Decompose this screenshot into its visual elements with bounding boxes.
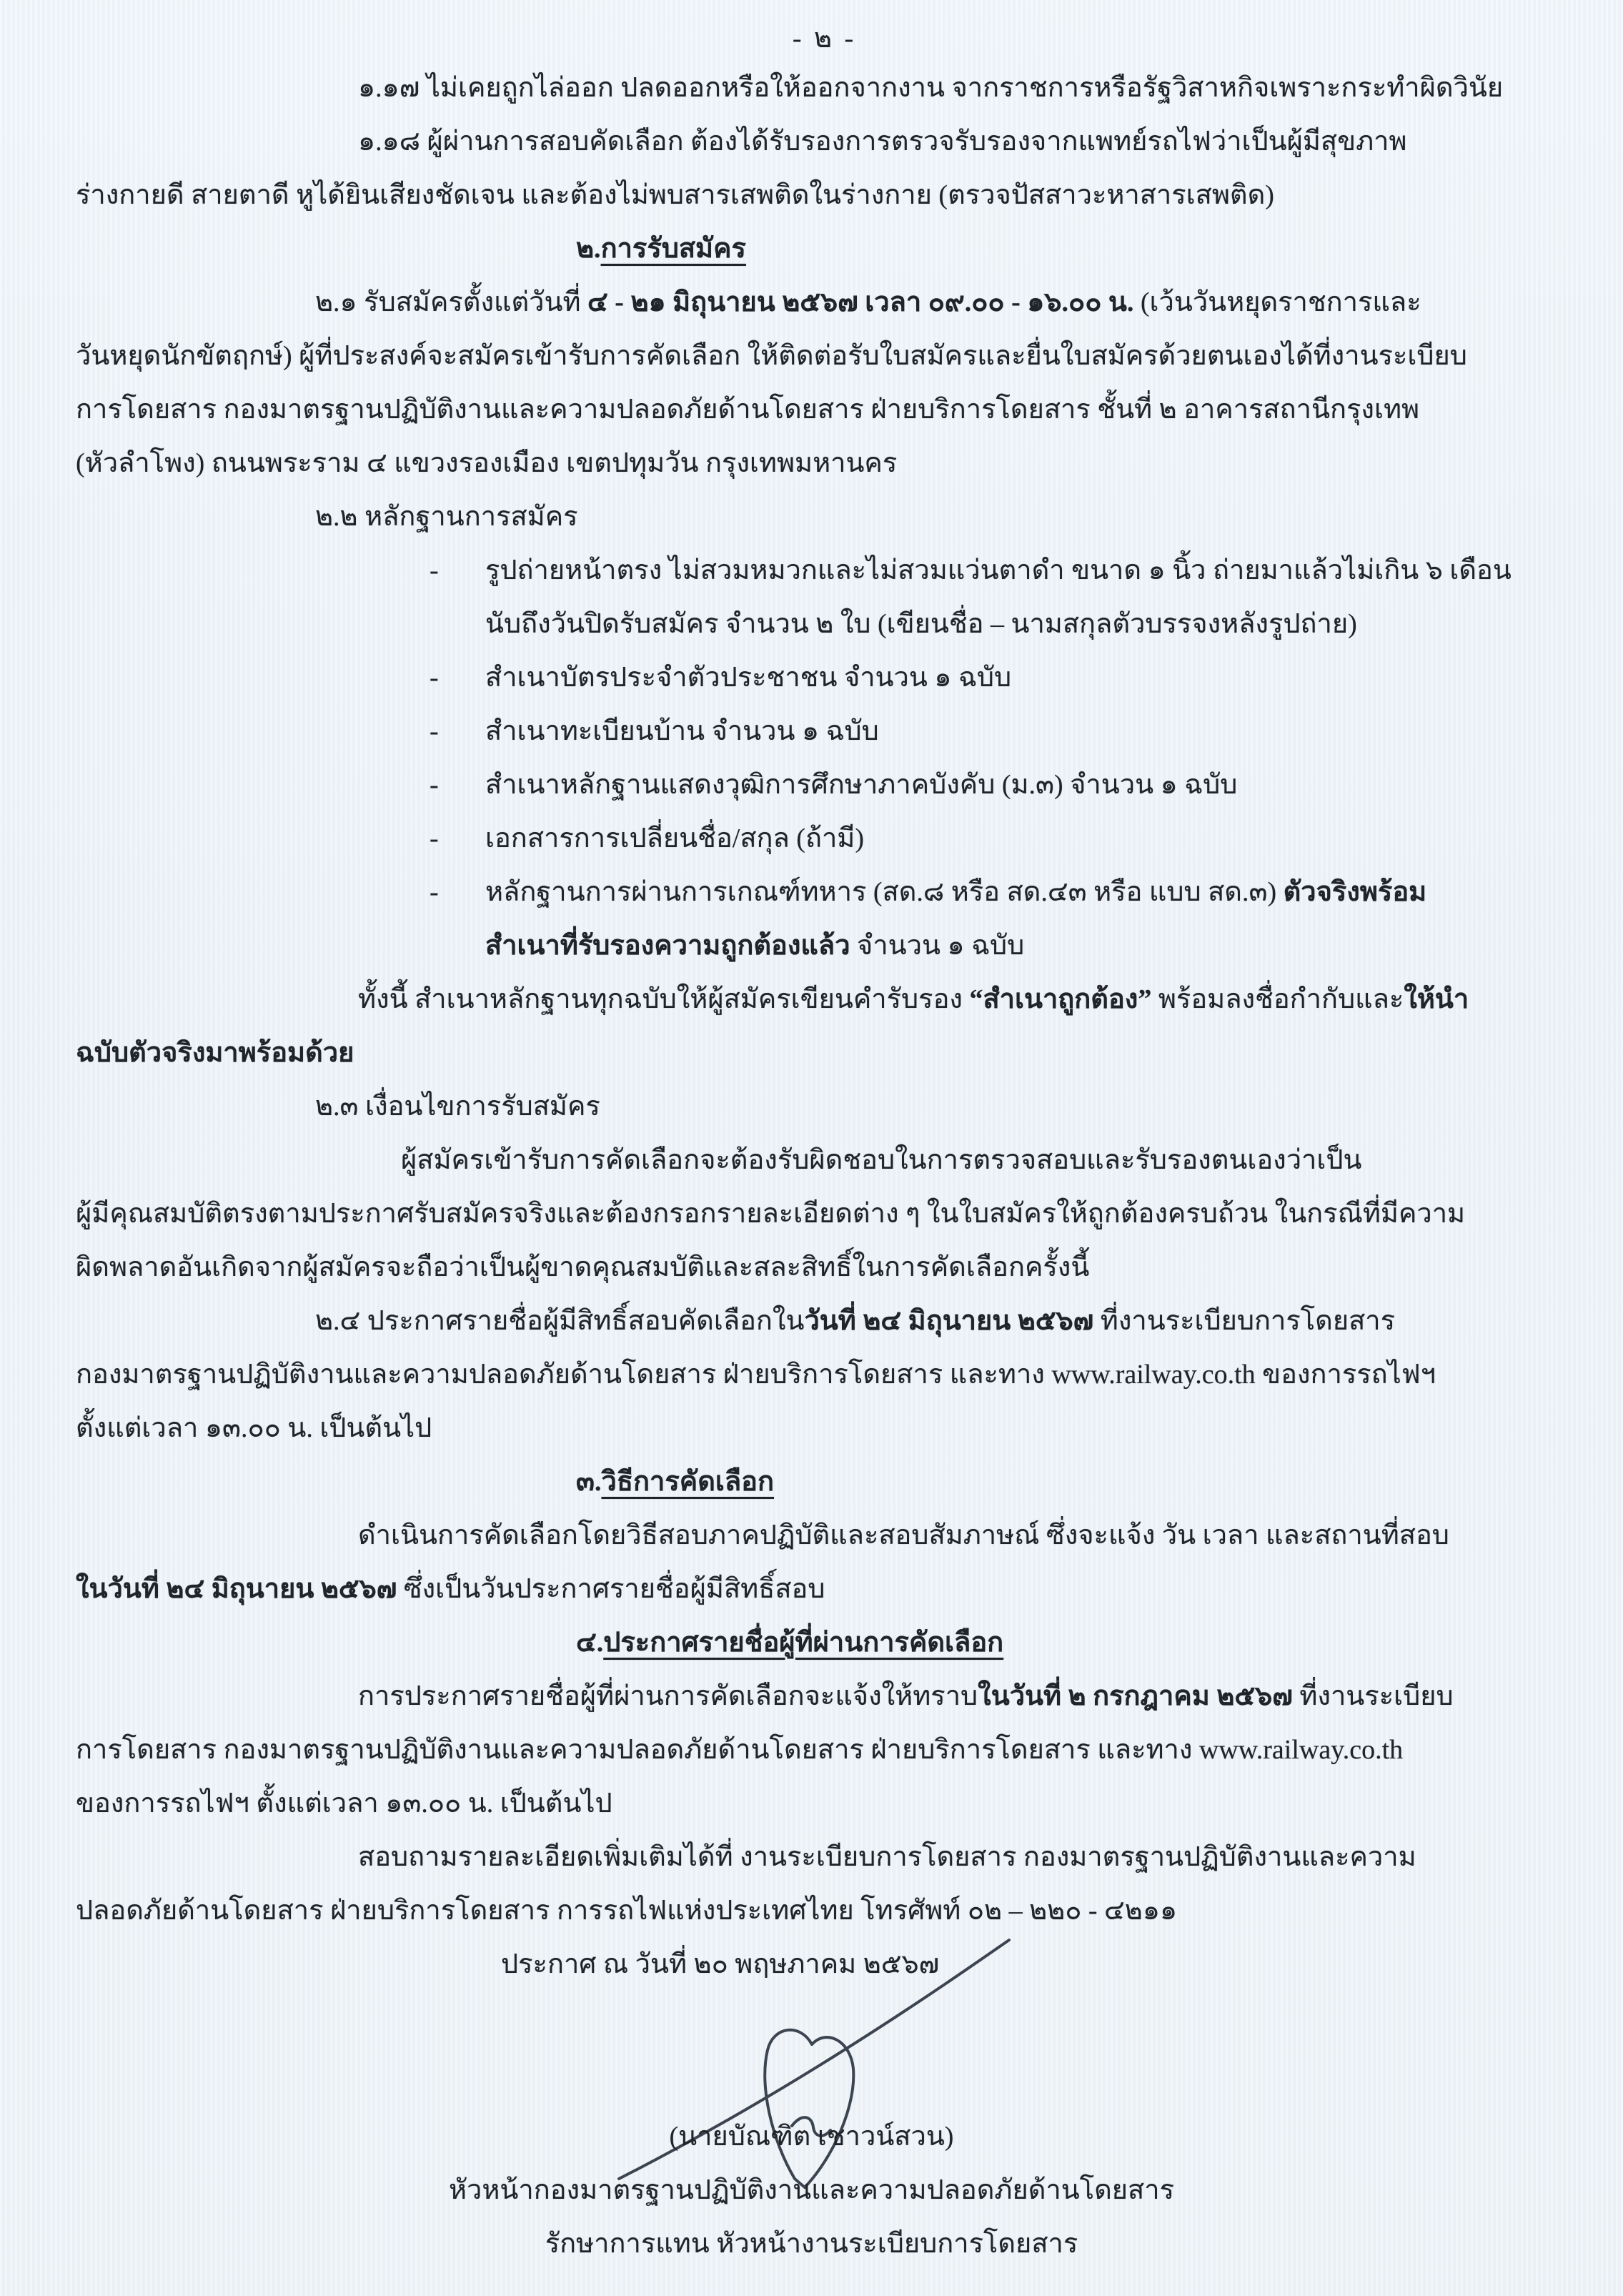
clause-2-3-line1: ผู้สมัครเข้ารับการคัดเลือกจะต้องรับผิดชอ…: [76, 1134, 1573, 1187]
clause-2-2-heading: ๒.๒ หลักฐานการสมัคร: [76, 490, 1573, 544]
document-item-education-certificate: -สำเนาหลักฐานแสดงวุฒิการศึกษาภาคบังคับ (…: [76, 758, 1573, 812]
clause-1-18-line2: ร่างกายดี สายตาดี หูได้ยินเสียงชัดเจน แล…: [76, 169, 1573, 222]
section-4-line1: การประกาศรายชื่อผู้ที่ผ่านการคัดเลือกจะแ…: [76, 1670, 1573, 1723]
section-3-title: วิธีการคัดเลือก: [601, 1467, 774, 1497]
document-item-house-registration: -สำเนาทะเบียนบ้าน จำนวน ๑ ฉบับ: [76, 705, 1573, 758]
section-4-title: ประกาศรายชื่อผู้ที่ผ่านการคัดเลือก: [603, 1628, 1003, 1658]
bullet-dash: -: [430, 758, 485, 812]
document-item-military-line2: สำเนาที่รับรองความถูกต้องแล้ว จำนวน ๑ ฉบ…: [76, 919, 1573, 973]
page-number: - ๒ -: [76, 16, 1573, 61]
section-3-line1: ดำเนินการคัดเลือกโดยวิธีสอบภาคปฏิบัติและ…: [76, 1509, 1573, 1563]
signer-block: (นายบัณฑิต เชาวน์สวน) หัวหน้ากองมาตรฐานป…: [0, 2110, 1623, 2271]
bullet-dash: -: [430, 866, 485, 919]
clause-2-4-line2: กองมาตรฐานปฏิบัติงานและความปลอดภัยด้านโด…: [76, 1348, 1573, 1402]
section-2-number: ๒.: [326, 222, 601, 276]
clause-2-3-line2: ผู้มีคุณสมบัติตรงตามประกาศรับสมัครจริงแล…: [76, 1187, 1573, 1241]
clause-2-4-line1: ๒.๔ ประกาศรายชื่อผู้มีสิทธิ์สอบคัดเลือกใ…: [76, 1295, 1573, 1348]
document-page: - ๒ - ๑.๑๗ ไม่เคยถูกไล่ออก ปลดออกหรือให้…: [0, 0, 1623, 2296]
clause-2-3-heading: ๒.๓ เงื่อนไขการรับสมัคร: [76, 1080, 1573, 1134]
signer-title-2: รักษาการแทน หัวหน้างานระเบียบการโดยสาร: [0, 2217, 1623, 2271]
clause-2-1-line2: วันหยุดนักขัตฤกษ์) ผู้ที่ประสงค์จะสมัครเ…: [76, 330, 1573, 383]
clause-2-4-line3: ตั้งแต่เวลา ๑๓.๐๐ น. เป็นต้นไป: [76, 1402, 1573, 1455]
contact-line1: สอบถามรายละเอียดเพิ่มเติมได้ที่ งานระเบี…: [76, 1831, 1573, 1884]
document-item-military-line1: -หลักฐานการผ่านการเกณฑ์ทหาร (สด.๘ หรือ ส…: [76, 866, 1573, 919]
section-4-heading: ๔.ประกาศรายชื่อผู้ที่ผ่านการคัดเลือก: [76, 1616, 1573, 1670]
eligibility-announcement-date: วันที่ ๒๔ มิถุนายน ๒๕๖๗: [804, 1306, 1093, 1336]
document-item-photo-line1: -รูปถ่ายหน้าตรง ไม่สวมหมวกและไม่สวมแว่นต…: [76, 544, 1573, 598]
clause-2-1-line4: (หัวลำโพง) ถนนพระราม ๔ แขวงรองเมือง เขตป…: [76, 437, 1573, 490]
results-announcement-date: ในวันที่ ๒ กรกฎาคม ๒๕๖๗: [978, 1681, 1293, 1711]
bullet-dash: -: [430, 651, 485, 705]
document-item-id-card: -สำเนาบัตรประจำตัวประชาชน จำนวน ๑ ฉบับ: [76, 651, 1573, 705]
section-2-heading: ๒.การรับสมัคร: [76, 222, 1573, 276]
clause-1-17: ๑.๑๗ ไม่เคยถูกไล่ออก ปลดออกหรือให้ออกจาก…: [76, 61, 1573, 115]
certified-copy-phrase: “สำเนาถูกต้อง”: [969, 984, 1151, 1014]
section-3-heading: ๓.วิธีการคัดเลือก: [76, 1455, 1573, 1509]
signer-name: (นายบัณฑิต เชาวน์สวน): [0, 2110, 1623, 2164]
certification-note-line1: ทั้งนี้ สำเนาหลักฐานทุกฉบับให้ผู้สมัครเข…: [76, 973, 1573, 1026]
application-period: ๔ - ๒๑ มิถุนายน ๒๕๖๗ เวลา ๐๙.๐๐ - ๑๖.๐๐ …: [587, 287, 1133, 317]
document-item-name-change: -เอกสารการเปลี่ยนชื่อ/สกุล (ถ้ามี): [76, 812, 1573, 866]
exam-date: ในวันที่ ๒๔ มิถุนายน ๒๕๖๗: [76, 1574, 397, 1604]
section-2-title: การรับสมัคร: [601, 234, 746, 264]
section-3-number: ๓.: [326, 1455, 601, 1509]
clause-1-18-line1: ๑.๑๘ ผู้ผ่านการสอบคัดเลือก ต้องได้รับรอง…: [76, 115, 1573, 169]
bullet-dash: -: [430, 705, 485, 758]
signer-title-1: หัวหน้ากองมาตรฐานปฏิบัติงานและความปลอดภั…: [0, 2164, 1623, 2217]
contact-line2: ปลอดภัยด้านโดยสาร ฝ่ายบริการโดยสาร การรถ…: [76, 1884, 1573, 1938]
section-4-number: ๔.: [326, 1616, 603, 1670]
certification-note-line2: ฉบับตัวจริงมาพร้อมด้วย: [76, 1026, 1573, 1080]
section-4-line2: การโดยสาร กองมาตรฐานปฏิบัติงานและความปลอ…: [76, 1723, 1573, 1777]
bullet-dash: -: [430, 812, 485, 866]
clause-2-1-line3: การโดยสาร กองมาตรฐานปฏิบัติงานและความปลอ…: [76, 383, 1573, 437]
bullet-dash: -: [430, 544, 485, 598]
document-item-photo-line2: นับถึงวันปิดรับสมัคร จำนวน ๒ ใบ (เขียนชื…: [76, 598, 1573, 651]
document-content: - ๒ - ๑.๑๗ ไม่เคยถูกไล่ออก ปลดออกหรือให้…: [0, 0, 1623, 1991]
clause-2-3-line3: ผิดพลาดอันเกิดจากผู้สมัครจะถือว่าเป็นผู้…: [76, 1241, 1573, 1295]
section-3-line2: ในวันที่ ๒๔ มิถุนายน ๒๕๖๗ ซึ่งเป็นวันประ…: [76, 1563, 1573, 1616]
issued-date-line: ประกาศ ณ วันที่ ๒๐ พฤษภาคม ๒๕๖๗: [76, 1938, 1573, 1991]
clause-2-1-line1: ๒.๑ รับสมัครตั้งแต่วันที่ ๔ - ๒๑ มิถุนาย…: [76, 276, 1573, 330]
section-4-line3: ของการรถไฟฯ ตั้งแต่เวลา ๑๓.๐๐ น. เป็นต้น…: [76, 1777, 1573, 1831]
